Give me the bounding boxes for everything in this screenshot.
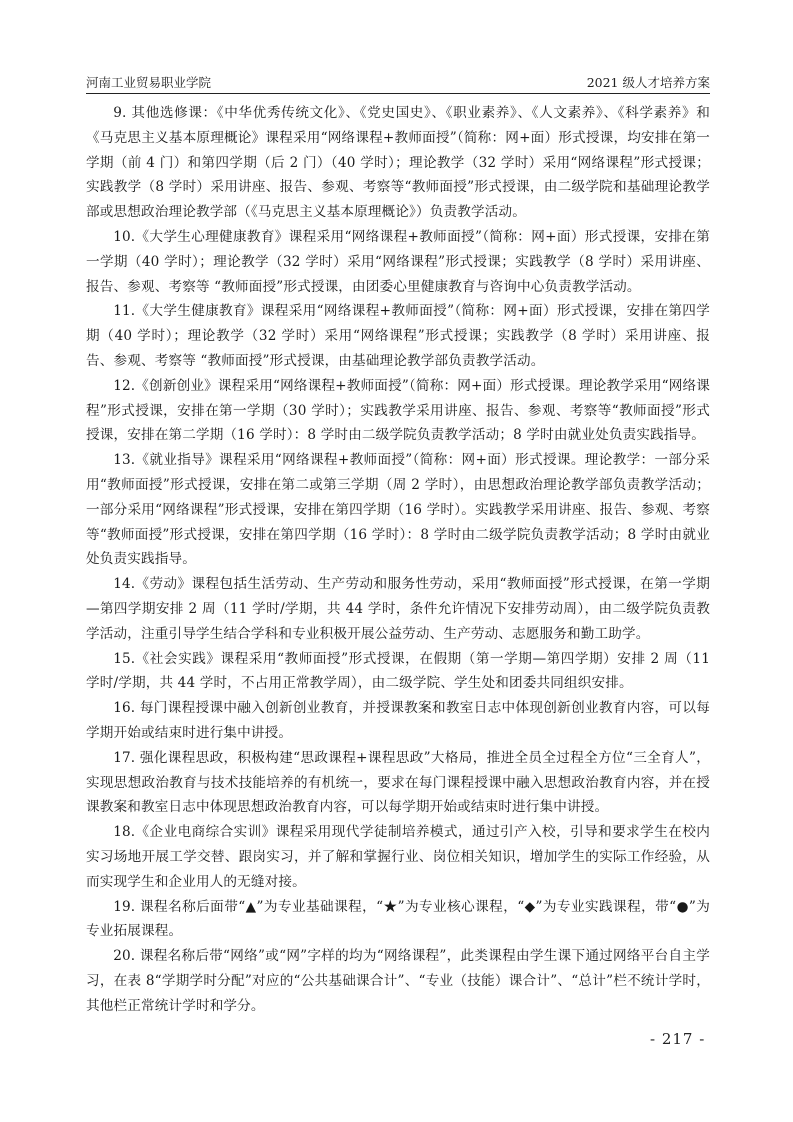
paragraph-10: 10.《大学生心理健康教育》课程采用“网络课程+教师面授”（简称：网+面）形式授… bbox=[86, 225, 710, 299]
paragraph-18: 18.《企业电商综合实训》课程采用现代学徒制培养模式，通过引产入校，引导和要求学… bbox=[86, 820, 710, 894]
header-divider bbox=[86, 93, 710, 94]
header-document-title: 2021 级人才培养方案 bbox=[587, 74, 710, 92]
paragraph-15: 15.《社会实践》课程采用“教师面授”形式授课，在假期（第一学期—第四学期）安排… bbox=[86, 647, 710, 697]
paragraph-12: 12.《创新创业》课程采用“网络课程+教师面授”（简称：网+面）形式授课。理论教… bbox=[86, 374, 710, 448]
paragraph-17: 17. 强化课程思政，积极构建“思政课程+课程思政”大格局，推进全员全过程全方位… bbox=[86, 746, 710, 820]
paragraph-19: 19. 课程名称后面带“▲”为专业基础课程，“★”为专业核心课程，“◆”为专业实… bbox=[86, 895, 710, 945]
paragraph-9: 9. 其他选修课：《中华优秀传统文化》、《党史国史》、《职业素养》、《人文素养》… bbox=[86, 101, 710, 225]
paragraph-20: 20. 课程名称后带“网络”或“网”字样的均为“网络课程”，此类课程由学生课下通… bbox=[86, 944, 710, 1018]
page-number: - 217 - bbox=[650, 1030, 705, 1048]
paragraph-13: 13.《就业指导》课程采用“网络课程+教师面授”（简称：网+面）形式授课。理论教… bbox=[86, 448, 710, 572]
paragraph-16: 16. 每门课程授课中融入创新创业教育，并授课教案和教室日志中体现创新创业教育内… bbox=[86, 696, 710, 746]
paragraph-14: 14.《劳动》课程包括生活劳动、生产劳动和服务性劳动，采用“教师面授”形式授课，… bbox=[86, 572, 710, 646]
document-body: 9. 其他选修课：《中华优秀传统文化》、《党史国史》、《职业素养》、《人文素养》… bbox=[86, 101, 710, 1018]
page-header: 河南工业贸易职业学院 2021 级人才培养方案 bbox=[86, 74, 710, 92]
header-institution: 河南工业贸易职业学院 bbox=[86, 74, 211, 92]
paragraph-11: 11.《大学生健康教育》课程采用“网络课程+教师面授”（简称：网+面）形式授课，… bbox=[86, 299, 710, 373]
